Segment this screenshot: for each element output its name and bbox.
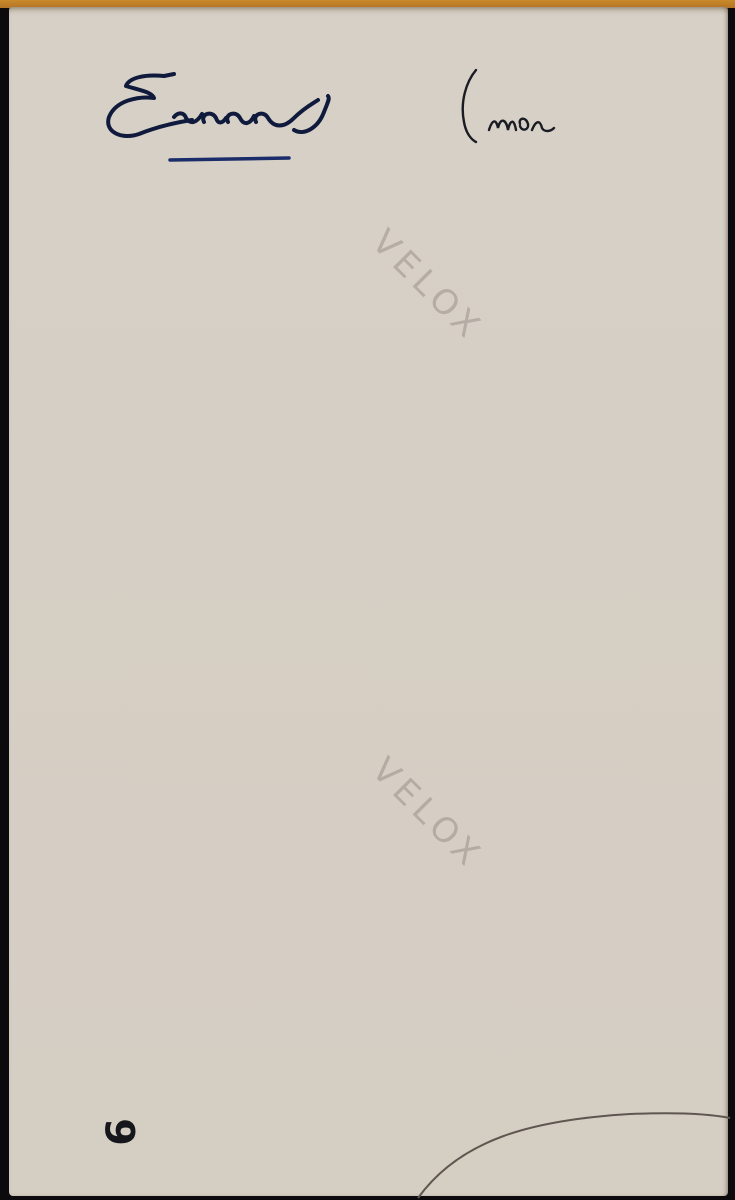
number-stamp: 6 [100, 1110, 144, 1154]
photo-card-back: Evans [9, 7, 728, 1196]
corner-curve-line [400, 1090, 735, 1200]
